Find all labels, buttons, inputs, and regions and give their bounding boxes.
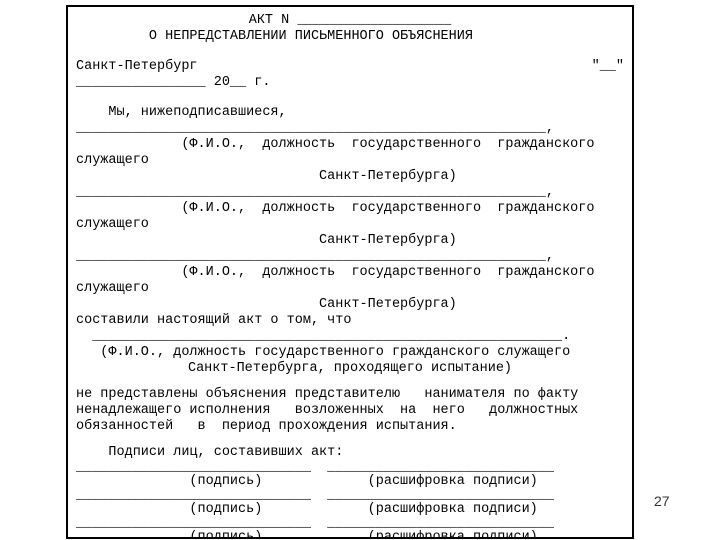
signer-2-caption-c: Санкт-Петербурга) — [76, 233, 624, 249]
signatures-heading: Подписи лиц, составивших акт: — [76, 445, 624, 461]
signature-caption-row-2: (подпись) (расшифровка подписи) — [76, 503, 624, 517]
body-paragraph-2: ненадлежащего исполнения возложенных на … — [76, 403, 624, 419]
subject-caption-a: (Ф.И.О., должность государственного граж… — [76, 345, 624, 361]
date-blank-line: ________________ 20__ г. — [76, 75, 624, 91]
place-date-line-left: Санкт-Петербург — [76, 59, 198, 75]
signature-caption-row-3: (подпись) (расшифровка подписи) — [76, 531, 624, 539]
page-number: 27 — [654, 493, 670, 509]
signer-2-fill-line: ________________________________________… — [76, 185, 624, 201]
signer-3-fill-line: ________________________________________… — [76, 249, 624, 265]
spacer — [76, 435, 624, 445]
signer-2-caption-a: (Ф.И.О., должность государственного граж… — [76, 201, 624, 217]
body-paragraph-3: обязанностей в период прохождения испыта… — [76, 419, 624, 435]
slide: АКТ N ___________________ О НЕПРЕДСТАВЛЕ… — [0, 0, 720, 540]
place-date-line: Санкт-Петербург"__" — [76, 59, 624, 75]
subject-fill-line: ________________________________________… — [76, 329, 624, 345]
document-frame: АКТ N ___________________ О НЕПРЕДСТАВЛЕ… — [66, 5, 634, 539]
signer-3-caption-a: (Ф.И.О., должность государственного граж… — [76, 265, 624, 281]
signer-2-caption-b: служащего — [76, 217, 624, 233]
signature-blank-row-2: _____________________________ __________… — [76, 489, 624, 503]
signature-caption-row-1: (подпись) (расшифровка подписи) — [76, 475, 624, 489]
statement: составили настоящий акт о том, что — [76, 313, 624, 329]
signer-1-caption-c: Санкт-Петербурга) — [76, 169, 624, 185]
preamble: Мы, нижеподписавшиеся, — [76, 105, 624, 121]
body-paragraph-1: не представлены объяснения представителю… — [76, 387, 624, 403]
place-date-line-right: "__" — [592, 59, 624, 75]
act-number-title: АКТ N ___________________ — [76, 13, 624, 29]
signature-blank-row-3: _____________________________ __________… — [76, 517, 624, 531]
signature-blank-row-1: _____________________________ __________… — [76, 461, 624, 475]
spacer — [76, 377, 624, 387]
spacer — [76, 91, 624, 105]
spacer — [76, 45, 624, 59]
signer-1-fill-line: ________________________________________… — [76, 121, 624, 137]
signer-3-caption-c: Санкт-Петербурга) — [76, 297, 624, 313]
signer-1-caption-a: (Ф.И.О., должность государственного граж… — [76, 137, 624, 153]
signer-3-caption-b: служащего — [76, 281, 624, 297]
signer-1-caption-b: служащего — [76, 153, 624, 169]
subject-caption-b: Санкт-Петербурга, проходящего испытание) — [76, 361, 624, 377]
document-content: АКТ N ___________________ О НЕПРЕДСТАВЛЕ… — [76, 13, 624, 539]
act-subtitle: О НЕПРЕДСТАВЛЕНИИ ПИСЬМЕННОГО ОБЪЯСНЕНИЯ — [76, 29, 624, 45]
